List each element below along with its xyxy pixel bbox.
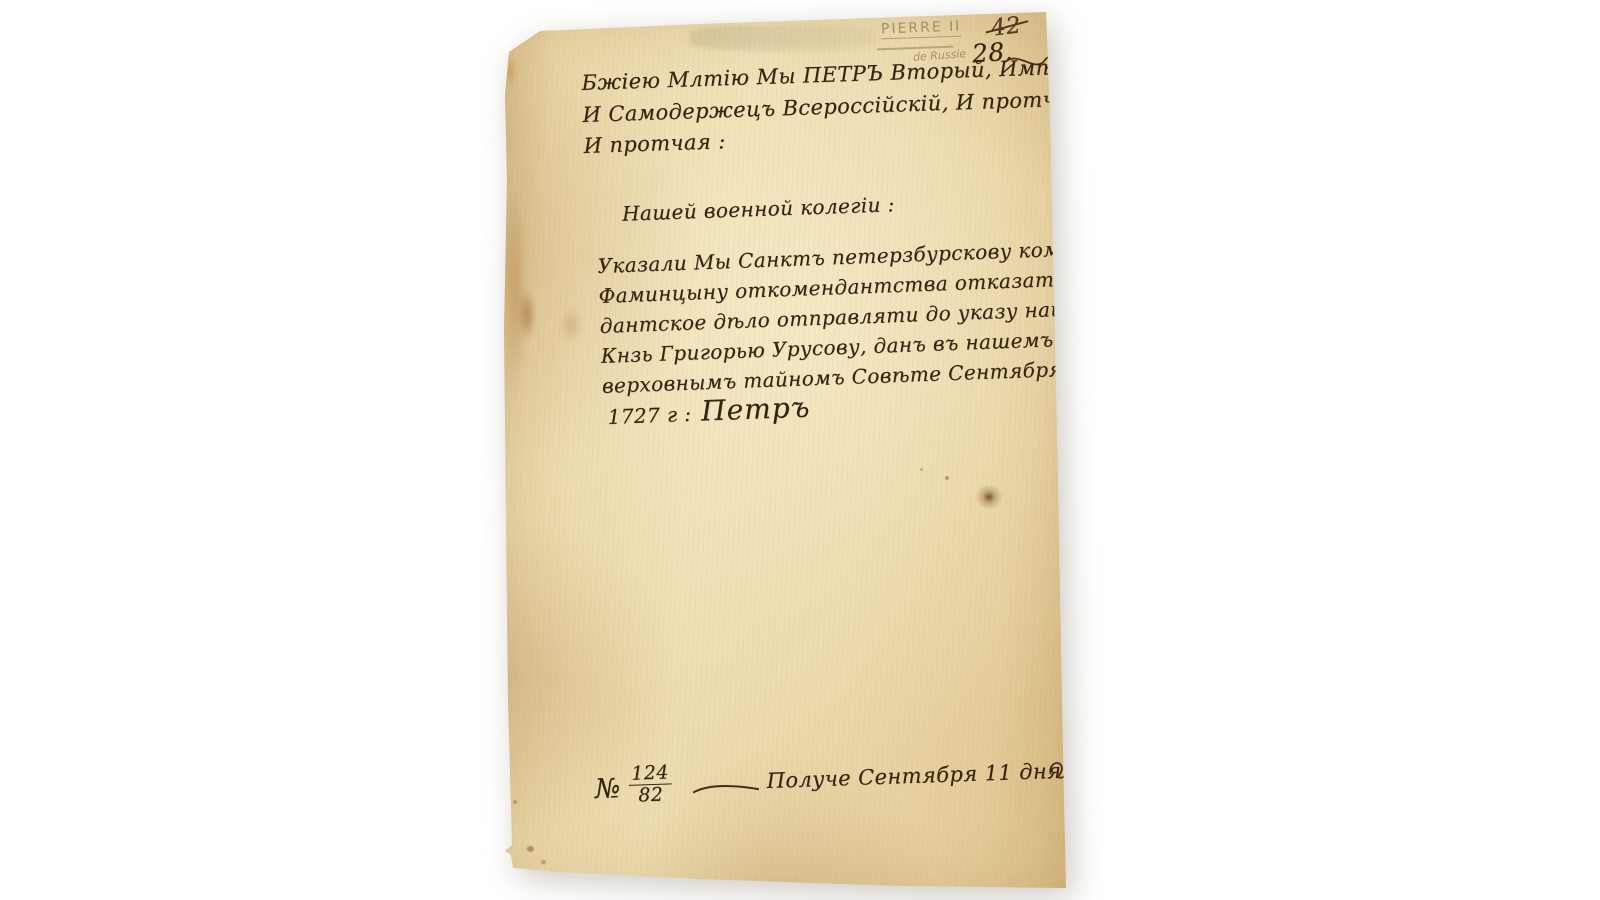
speck-bottom-3 (513, 800, 517, 804)
date-text: 1727 г : (607, 402, 691, 429)
pencil-title: PIERRE II (881, 19, 962, 40)
registration-row: № 124 82 Получе Сентября 11 дня 1727 г (594, 750, 1066, 822)
received-note: Получе Сентября 11 дня 1727 г (766, 756, 1142, 793)
paraph-icon (1046, 755, 1081, 782)
dash-flourish-icon (691, 780, 762, 798)
manuscript-page: PIERRE II de Russie 42 28. Бжіею Млтію М… (495, 8, 1075, 900)
date-signature-line: 1727 г :Петръ (607, 391, 811, 431)
registration-fraction: 124 82 (628, 763, 673, 805)
stain-mid-left-smudge (557, 300, 585, 350)
stain-left-edge-streak (503, 183, 533, 453)
registration-numerator: 124 (628, 763, 672, 786)
faint-pencil-scribble (499, 0, 575, 49)
erased-pencil-smudge (690, 26, 875, 50)
stain-left-dark-blob (515, 283, 539, 353)
speck-bottom-1 (527, 846, 534, 852)
registration-denominator: 82 (629, 784, 673, 806)
signature: Петръ (701, 391, 811, 428)
photo-stage: PIERRE II de Russie 42 28. Бжіею Млтію М… (0, 0, 1600, 900)
speck-bottom-2 (541, 860, 546, 864)
registration-number-sign: № (594, 773, 621, 805)
salutation-line: Нашей военной колегіи : (622, 192, 895, 226)
decree-body: Указали Мы Санктъ петерзбурскову коменда… (597, 233, 1092, 401)
ink-blot (971, 480, 1007, 514)
paper-shadow: PIERRE II de Russie 42 28. Бжіею Млтію М… (495, 8, 1075, 900)
speck-1 (945, 476, 949, 480)
stain-corner-orange (501, 50, 519, 92)
pencil-scribble-icon (499, 0, 575, 49)
speck-2 (920, 468, 923, 471)
heading-block: Бжіею Млтію Мы ПЕТРЪ Вторый, Императоръ … (581, 52, 1074, 163)
